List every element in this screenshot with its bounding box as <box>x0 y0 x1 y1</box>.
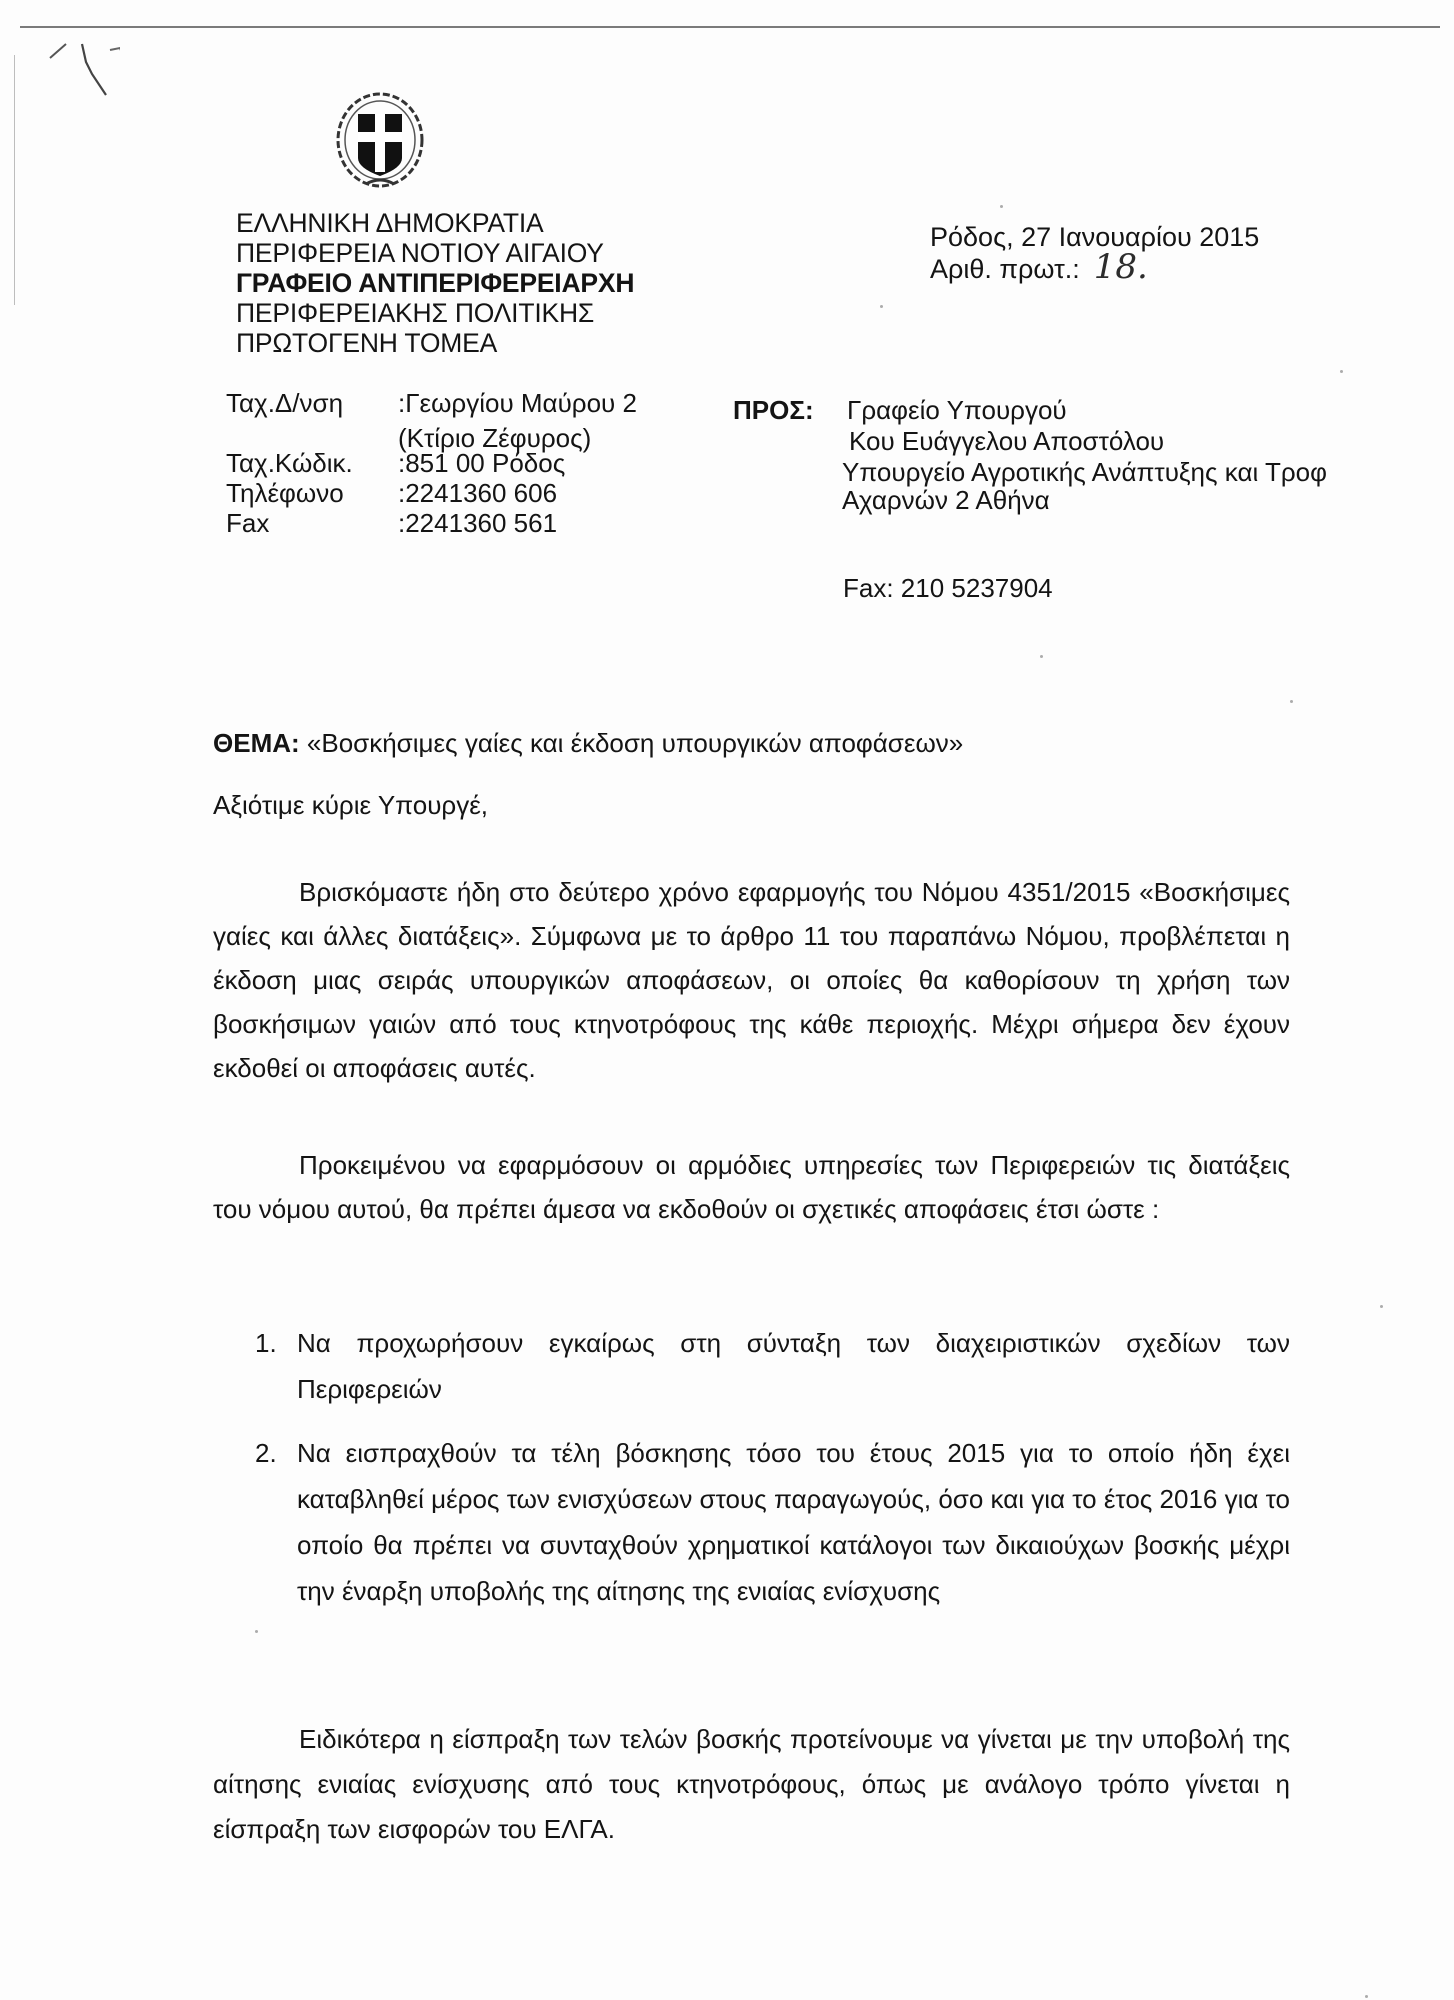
address-value: :851 00 Ρόδος <box>398 448 565 478</box>
address-label: Ταχ.Δ/νση <box>226 388 398 418</box>
recipient-line: Υπουργείο Αγροτικής Ανάπτυξης και Τροφ <box>842 457 1327 485</box>
address-row: Ταχ.Δ/νση:Γεωργίου Μαύρου 2 <box>226 388 637 418</box>
letterhead-line: ΠΕΡΙΦΕΡΕΙΑΚΗΣ ΠΟΛΙΤΙΚΗΣ <box>236 298 634 328</box>
address-value: :2241360 606 <box>398 478 557 508</box>
scan-speck <box>1380 1305 1383 1308</box>
address-row: Fax:2241360 561 <box>226 508 637 538</box>
scanned-letter-page: ΕΛΛΗΝΙΚΗ ΔΗΜΟΚΡΑΤΙΑ ΠΕΡΙΦΕΡΕΙΑ ΝΟΤΙΟΥ ΑΙ… <box>0 0 1454 2000</box>
numbered-list: 1. Να προχωρήσουν εγκαίρως στη σύνταξη τ… <box>255 1320 1290 1614</box>
recipient-label: ΠΡΟΣ: <box>733 395 814 425</box>
letterhead-line: ΕΛΛΗΝΙΚΗ ΔΗΜΟΚΡΑΤΙΑ <box>236 208 634 238</box>
top-border-line <box>20 26 1440 28</box>
date-block: Ρόδος, 27 Ιανουαρίου 2015 Αριθ. πρωτ.:18… <box>930 222 1259 284</box>
address-value: :Γεωργίου Μαύρου 2 <box>398 388 637 418</box>
list-item: 2. Να εισπραχθούν τα τέλη βόσκησης τόσο … <box>255 1430 1290 1614</box>
scan-speck <box>1290 700 1293 703</box>
greek-coat-of-arms-icon <box>330 88 430 192</box>
address-label: Ταχ.Κώδικ. <box>226 448 398 478</box>
left-border-line <box>14 55 15 305</box>
letterhead-line: ΠΕΡΙΦΕΡΕΙΑ ΝΟΤΙΟΥ ΑΙΓΑΙΟΥ <box>236 238 634 268</box>
scan-speck <box>1365 1995 1368 1998</box>
scan-speck <box>1340 370 1343 373</box>
recipient-line: Γραφείο Υπουργού <box>847 395 1327 426</box>
recipient-lines: Γραφείο Υπουργού Κου Ευάγγελου Αποστόλου… <box>847 395 1327 516</box>
recipient-line: Αχαρνών 2 Αθήνα <box>842 485 1327 516</box>
protocol-row: Αριθ. πρωτ.:18. <box>930 252 1259 284</box>
scan-speck <box>880 305 883 308</box>
list-item-number: 2. <box>255 1430 277 1476</box>
letterhead-line: ΠΡΩΤΟΓΕΝΗ ΤΟΜΕΑ <box>236 328 634 358</box>
sender-address: Ταχ.Δ/νση:Γεωργίου Μαύρου 2 (Κτίριο Ζέφυ… <box>226 388 637 538</box>
list-item: 1. Να προχωρήσουν εγκαίρως στη σύνταξη τ… <box>255 1320 1290 1412</box>
letterhead-line-office: ΓΡΑΦΕΙΟ ΑΝΤΙΠΕΡΙΦΕΡΕΙΑΡΧΗ <box>236 268 634 298</box>
handwritten-mark-icon <box>40 40 120 120</box>
subject-line: ΘΕΜΑ: «Βοσκήσιμες γαίες και έκδοση υπουρ… <box>213 728 963 759</box>
scan-speck <box>1000 205 1003 208</box>
address-label: Τηλέφωνο <box>226 478 398 508</box>
subject-text: «Βοσκήσιμες γαίες και έκδοση υπουργικών … <box>300 728 964 758</box>
recipient-line: Κου Ευάγγελου Αποστόλου <box>847 426 1327 457</box>
salutation: Αξιότιμε κύριε Υπουργέ, <box>213 790 488 821</box>
scan-speck <box>255 1630 258 1633</box>
protocol-label: Αριθ. πρωτ.: <box>930 254 1080 284</box>
body-paragraph-1: Βρισκόμαστε ήδη στο δεύτερο χρόνο εφαρμο… <box>213 870 1290 1090</box>
body-paragraph-2: Προκειμένου να εφαρμόσουν οι αρμόδιες υπ… <box>213 1143 1290 1231</box>
scan-speck <box>1040 655 1043 658</box>
address-value: :2241360 561 <box>398 508 557 538</box>
address-row: Τηλέφωνο:2241360 606 <box>226 478 637 508</box>
list-item-text: Να προχωρήσουν εγκαίρως στη σύνταξη των … <box>297 1328 1290 1404</box>
letterhead: ΕΛΛΗΝΙΚΗ ΔΗΜΟΚΡΑΤΙΑ ΠΕΡΙΦΕΡΕΙΑ ΝΟΤΙΟΥ ΑΙ… <box>236 208 634 358</box>
address-label: Fax <box>226 508 398 538</box>
body-paragraph-3: Ειδικότερα η είσπραξη των τελών βοσκής π… <box>213 1717 1290 1852</box>
list-item-text: Να εισπραχθούν τα τέλη βόσκησης τόσο του… <box>297 1438 1290 1606</box>
list-item-number: 1. <box>255 1320 277 1366</box>
recipient-fax: Fax: 210 5237904 <box>843 573 1053 603</box>
protocol-number-handwritten: 18. <box>1094 247 1148 287</box>
subject-label: ΘΕΜΑ: <box>213 728 300 758</box>
